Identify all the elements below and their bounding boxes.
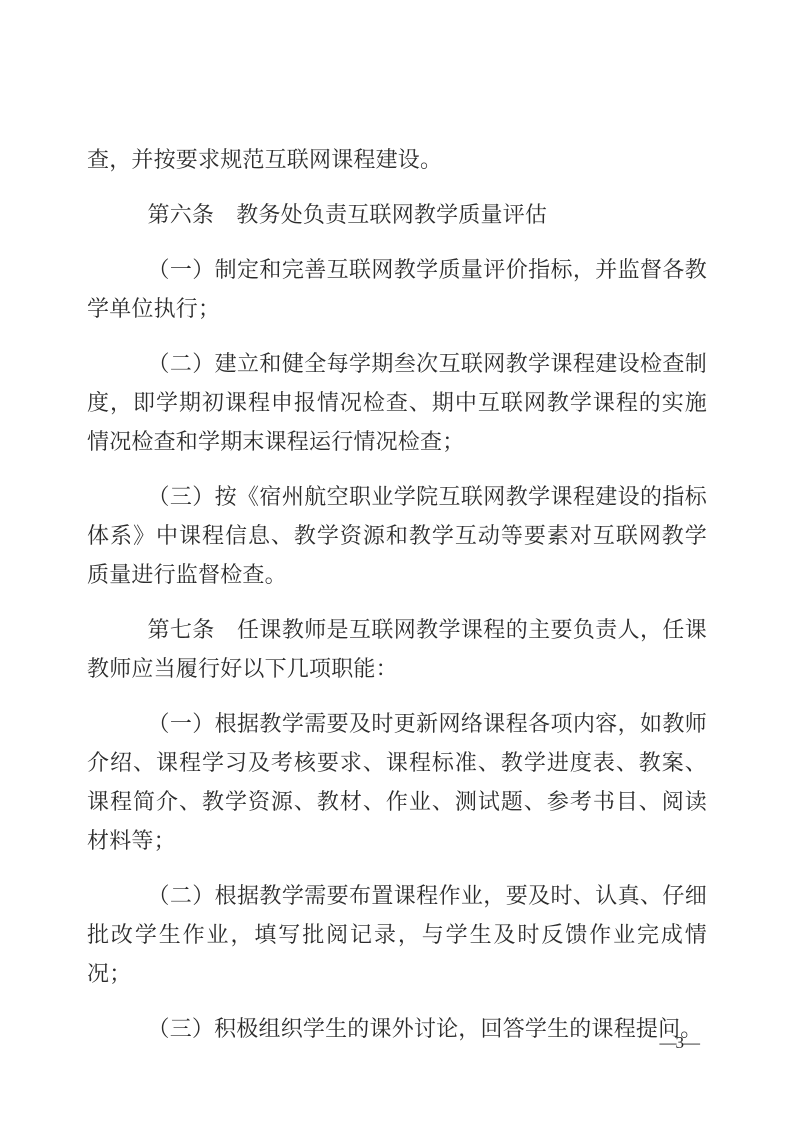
body-paragraph: 查，并按要求规范互联网课程建设。 (87, 140, 707, 179)
body-paragraph: （二）根据教学需要布置课程作业，要及时、认真、仔细批改学生作业，填写批阅记录，与… (87, 876, 707, 993)
article-7-heading: 第七条 任课教师是互联网教学课程的主要负责人，任课教师应当履行好以下几项职能： (87, 610, 707, 688)
body-paragraph: （三）积极组织学生的课外讨论，回答学生的课程提问。 (87, 1009, 707, 1048)
body-paragraph: （一）制定和完善互联网教学质量评价指标，并监督各教学单位执行； (87, 250, 707, 328)
body-paragraph: （三）按《宿州航空职业学院互联网教学课程建设的指标体系》中课程信息、教学资源和教… (87, 477, 707, 594)
page-number: —3— (660, 1032, 700, 1054)
document-page: 查，并按要求规范互联网课程建设。 第六条 教务处负责互联网教学质量评估 （一）制… (0, 0, 793, 1122)
document-body: 查，并按要求规范互联网课程建设。 第六条 教务处负责互联网教学质量评估 （一）制… (87, 140, 707, 1048)
body-paragraph: （一）根据教学需要及时更新网络课程各项内容，如教师介绍、课程学习及考核要求、课程… (87, 704, 707, 860)
article-6-heading: 第六条 教务处负责互联网教学质量评估 (87, 195, 707, 234)
body-paragraph: （二）建立和健全每学期叁次互联网教学课程建设检查制度，即学期初课程申报情况检查、… (87, 344, 707, 461)
